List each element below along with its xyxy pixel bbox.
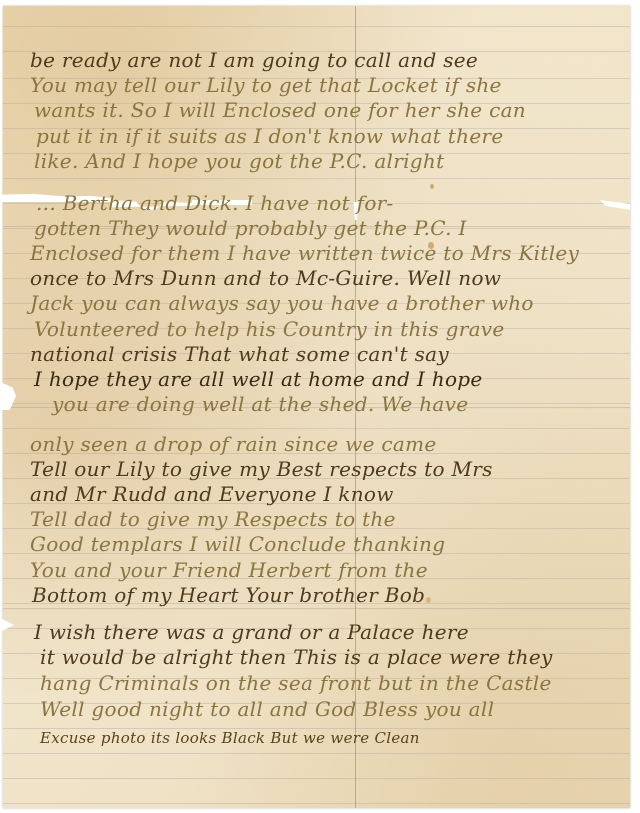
letter-postscript: Excuse photo its looks Black But we were… (40, 726, 420, 751)
letter-line: only seen a drop of rain since we came (30, 432, 437, 457)
fold-crease-horizontal (3, 608, 630, 610)
ink-stain (430, 184, 434, 189)
letter-line: Jack you can always say you have a broth… (30, 291, 534, 316)
letter-line: and Mr Rudd and Everyone I know (30, 482, 394, 507)
letter-line: Good templars I will Conclude thanking (30, 532, 445, 557)
letter-line: Well good night to all and God Bless you… (40, 697, 494, 722)
letter-line: I wish there was a grand or a Palace her… (34, 620, 469, 645)
letter-line: national crisis That what some can't say (30, 342, 449, 367)
letter-line: I hope they are all well at home and I h… (34, 367, 483, 392)
letter-line: wants it. So I will Enclosed one for her… (34, 98, 526, 123)
letter-line: like. And I hope you got the P.C. alrigh… (34, 149, 444, 174)
letter-line: Tell dad to give my Respects to the (30, 507, 396, 532)
letter-line: hang Criminals on the sea front but in t… (40, 671, 552, 696)
letter-signoff: Bottom of my Heart Your brother Bob (32, 583, 425, 608)
letter-line: You may tell our Lily to get that Locket… (30, 73, 502, 98)
letter-line: Volunteered to help his Country in this … (34, 317, 505, 342)
letter-line: You and your Friend Herbert from the (30, 558, 428, 583)
letter-line: gotten They would probably get the P.C. … (34, 216, 467, 241)
letter-line: you are doing well at the shed. We have (52, 392, 468, 417)
letter-line: Enclosed for them I have written twice t… (30, 241, 579, 266)
letter-line: Tell our Lily to give my Best respects t… (30, 457, 493, 482)
letter-line: ... Bertha and Dick. I have not for- (36, 191, 394, 216)
letter-line: put it in if it suits as I don't know wh… (36, 124, 503, 149)
letter-line: be ready are not I am going to call and … (30, 48, 478, 73)
letter-line: once to Mrs Dunn and to Mc-Guire. Well n… (30, 266, 501, 291)
ink-stain (426, 597, 431, 603)
letter-line: it would be alright then This is a place… (40, 645, 553, 670)
